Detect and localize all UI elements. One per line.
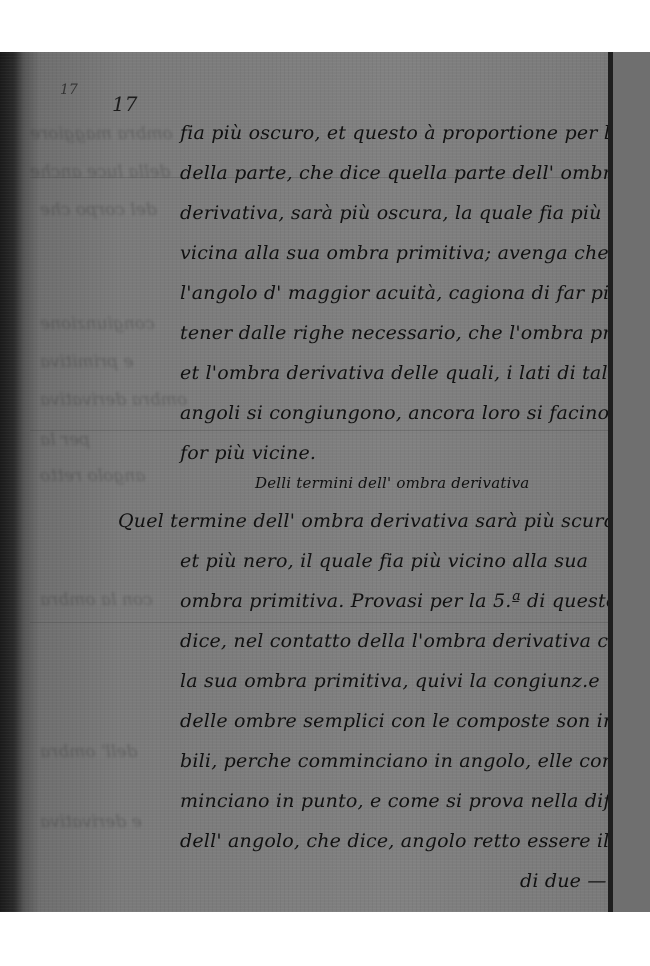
adjacent-page-strip bbox=[613, 52, 650, 912]
manuscript-line: dell' angolo, che dice, angolo retto ess… bbox=[180, 830, 650, 852]
manuscript-line: Quel termine dell' ombra derivativa sarà… bbox=[118, 510, 615, 532]
bleed-through-text: e derivativa bbox=[40, 812, 142, 832]
bleed-through-text: congiunzione bbox=[40, 314, 155, 334]
folio-mark: 17 bbox=[60, 82, 78, 98]
folio-number: 17 bbox=[112, 92, 137, 116]
bottom-scan-border bbox=[0, 912, 650, 966]
manuscript-line: della parte, che dice quella parte dell'… bbox=[180, 162, 624, 184]
bleed-through-text: angolo retto bbox=[40, 466, 145, 486]
manuscript-line: tener dalle righe necessario, che l'ombr… bbox=[180, 322, 650, 344]
manuscript-line: delle ombre semplici con le composte son… bbox=[180, 710, 650, 732]
ruled-line bbox=[30, 430, 610, 431]
manuscript-line: et l'ombra derivativa delle quali, i lat… bbox=[180, 362, 614, 384]
manuscript-line: bili, perche comminciano in angolo, elle… bbox=[180, 750, 627, 772]
bleed-through-text: ombra maggiore bbox=[30, 124, 173, 144]
manuscript-line: l'angolo d' maggior acuità, cagiona di f… bbox=[180, 282, 650, 304]
catchword: di due — bbox=[520, 870, 607, 892]
section-heading: Delli termini dell' ombra derivativa bbox=[255, 474, 529, 492]
manuscript-page: ombra maggiore della luce anche del corp… bbox=[0, 52, 650, 912]
bleed-through-text: della luce anche bbox=[30, 162, 170, 182]
manuscript-line: for più vicine. bbox=[180, 442, 316, 464]
manuscript-line: fia più oscuro, et questo à proportione … bbox=[180, 122, 650, 144]
manuscript-line: minciano in punto, e come si prova nella… bbox=[180, 790, 650, 812]
bleed-through-text: per la bbox=[40, 430, 90, 450]
manuscript-line: ombra primitiva. Provasi per la 5.ª di q… bbox=[180, 590, 650, 612]
manuscript-line: vicina alla sua ombra primitiva; avenga … bbox=[180, 242, 634, 264]
bleed-through-text: ombra derivativa bbox=[40, 390, 187, 410]
top-scan-border bbox=[0, 0, 650, 52]
manuscript-line: dice, nel contatto della l'ombra derivat… bbox=[180, 630, 632, 652]
manuscript-line: angoli si congiungono, ancora loro si fa… bbox=[180, 402, 650, 424]
manuscript-line: et più nero, il quale fia più vicino all… bbox=[180, 550, 588, 572]
ruled-line bbox=[30, 622, 610, 623]
bleed-through-text: e primitiva bbox=[40, 352, 133, 372]
bleed-through-text: con la ombra bbox=[40, 590, 153, 610]
manuscript-line: la sua ombra primitiva, quivi la congiun… bbox=[180, 670, 600, 692]
bleed-through-text: dell' ombra bbox=[40, 742, 137, 762]
bleed-through-text: del corpo che bbox=[40, 200, 157, 220]
manuscript-line: derivativa, sarà più oscura, la quale fi… bbox=[180, 202, 602, 224]
